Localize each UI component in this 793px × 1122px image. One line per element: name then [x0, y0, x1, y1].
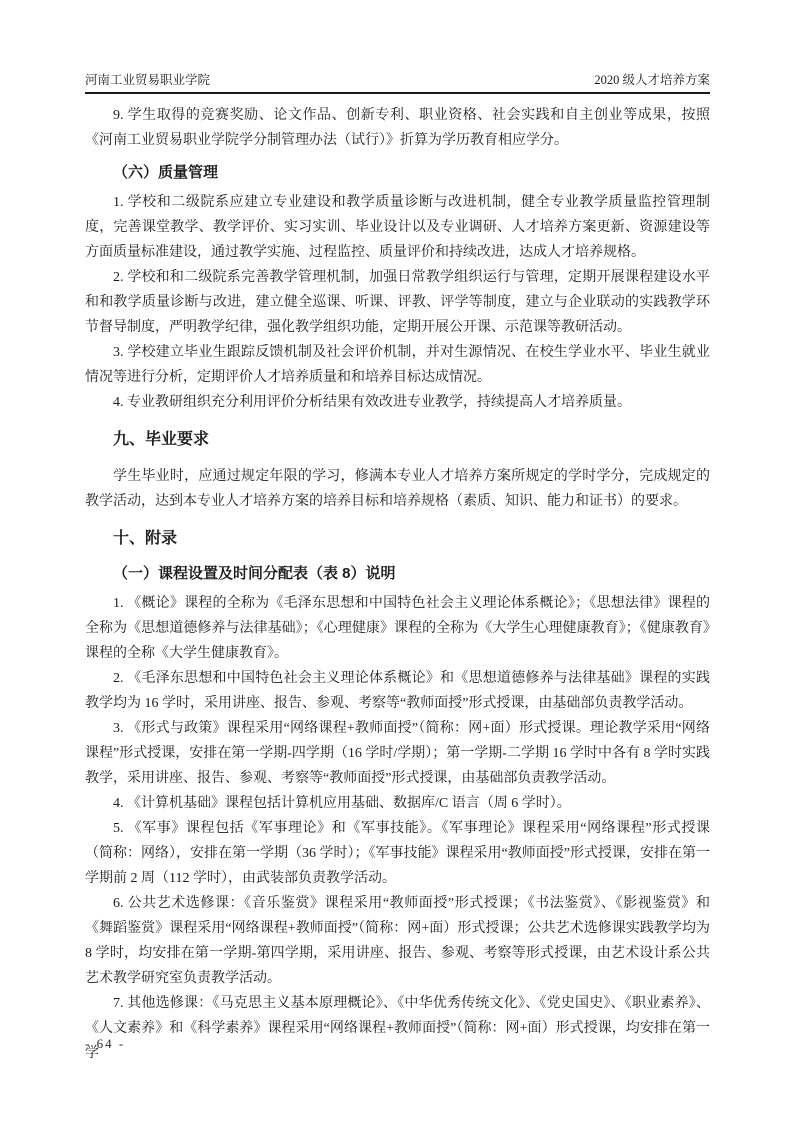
paragraph-appendix-5: 5. 《军事》课程包括《军事理论》和《军事技能》。《军事理论》课程采用“网络课程… — [85, 816, 710, 891]
paragraph-quality-2: 2. 学校和和二级院系完善教学管理机制，加强日常教学组织运行与管理，定期开展课程… — [85, 265, 710, 340]
paragraph-quality-4: 4. 专业教研组织充分利用评价分析结果有效改进专业教学，持续提高人才培养质量。 — [85, 390, 710, 415]
paragraph-appendix-2: 2. 《毛泽东思想和中国特色社会主义理论体系概论》和《思想道德修养与法律基础》课… — [85, 666, 710, 716]
paragraph-quality-3: 3. 学校建立毕业生跟踪反馈机制及社会评价机制，并对生源情况、在校生学业水平、毕… — [85, 340, 710, 390]
paragraph-appendix-7: 7. 其他选修课：《马克思主义基本原理概论》、《中华优秀传统文化》、《党史国史》… — [85, 991, 710, 1066]
paragraph-graduation: 学生毕业时，应通过规定年限的学习，修满本专业人才培养方案所规定的学时学分，完成规… — [85, 464, 710, 514]
heading-appendix: 十、附录 — [113, 528, 710, 550]
paragraph-appendix-4: 4. 《计算机基础》课程包括计算机应用基础、数据库/C 语言（周 6 学时）。 — [85, 791, 710, 816]
page-margins: 河南工业贸易职业学院 2020 级人才培养方案 9. 学生取得的竞赛奖励、论文作… — [85, 72, 710, 1066]
heading-course-table-notes: （一）课程设置及时间分配表（表 8）说明 — [113, 563, 710, 584]
page-header: 河南工业贸易职业学院 2020 级人才培养方案 — [85, 72, 710, 94]
heading-quality-management: （六）质量管理 — [113, 162, 710, 183]
paragraph-credit-conversion: 9. 学生取得的竞赛奖励、论文作品、创新专利、职业资格、社会实践和自主创业等成果… — [85, 103, 710, 153]
paragraph-quality-1: 1. 学校和二级院系应建立专业建设和教学质量诊断与改进机制，健全专业教学质量监控… — [85, 190, 710, 265]
page-number: - 64 - — [85, 1036, 125, 1052]
paragraph-appendix-6: 6. 公共艺术选修课：《音乐鉴赏》课程采用“教师面授”形式授课；《书法鉴赏》、《… — [85, 891, 710, 991]
paragraph-appendix-3: 3. 《形式与政策》课程采用“网络课程+教师面授”（简称：网+面）形式授课。理论… — [85, 716, 710, 791]
header-school-name: 河南工业贸易职业学院 — [85, 72, 210, 88]
document-body: 9. 学生取得的竞赛奖励、论文作品、创新专利、职业资格、社会实践和自主创业等成果… — [85, 103, 710, 1066]
paragraph-appendix-1: 1. 《概论》课程的全称为《毛泽东思想和中国特色社会主义理论体系概论》；《思想法… — [85, 591, 710, 666]
header-plan-title: 2020 级人才培养方案 — [594, 72, 710, 88]
heading-graduation-requirements: 九、毕业要求 — [113, 429, 710, 451]
document-page: 河南工业贸易职业学院 2020 级人才培养方案 9. 学生取得的竞赛奖励、论文作… — [0, 0, 793, 1122]
